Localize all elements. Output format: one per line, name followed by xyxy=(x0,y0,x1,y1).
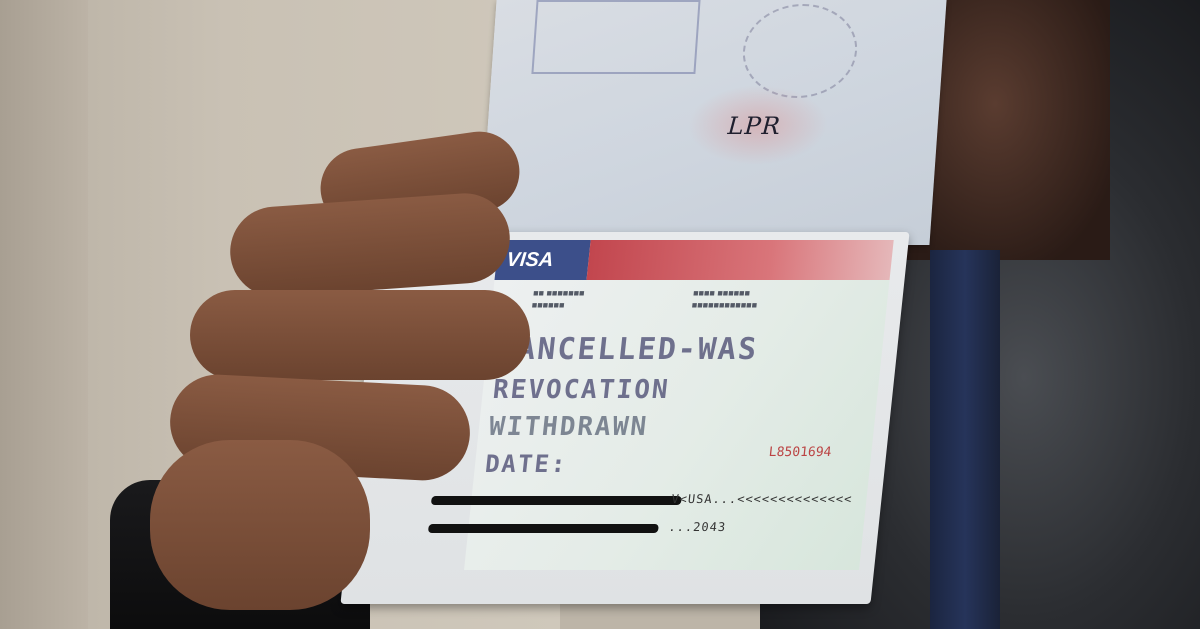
finger xyxy=(190,290,530,380)
visa-banner: VISA xyxy=(495,240,894,280)
mrz-line-1: V<USA...<<<<<<<<<<<<<< xyxy=(671,492,853,506)
background-left-strip xyxy=(0,0,88,629)
entry-stamp xyxy=(531,0,700,74)
visa-field: ■■■■ ■■■■■■ xyxy=(693,288,751,298)
visa-red-band xyxy=(587,240,894,280)
palm xyxy=(150,440,370,610)
blue-shirt xyxy=(930,250,1000,629)
photo-scene: LPR VISA ■■ ■■■■■■■ ■■■■■■ ■■■■ ■■■■■■ ■… xyxy=(0,0,1200,629)
passport-upper-page: LPR xyxy=(479,0,946,245)
handwritten-note: LPR xyxy=(727,112,782,140)
mrz-line-2: ...2043 xyxy=(668,520,727,534)
hand xyxy=(150,140,540,610)
official-seal xyxy=(740,4,861,98)
visa-control-number: L8501694 xyxy=(768,445,832,460)
visa-field: ■■ ■■■■■■■ xyxy=(533,288,585,298)
finger xyxy=(227,190,513,299)
visa-field: ■■■■■■■■■■■■ xyxy=(691,300,757,310)
